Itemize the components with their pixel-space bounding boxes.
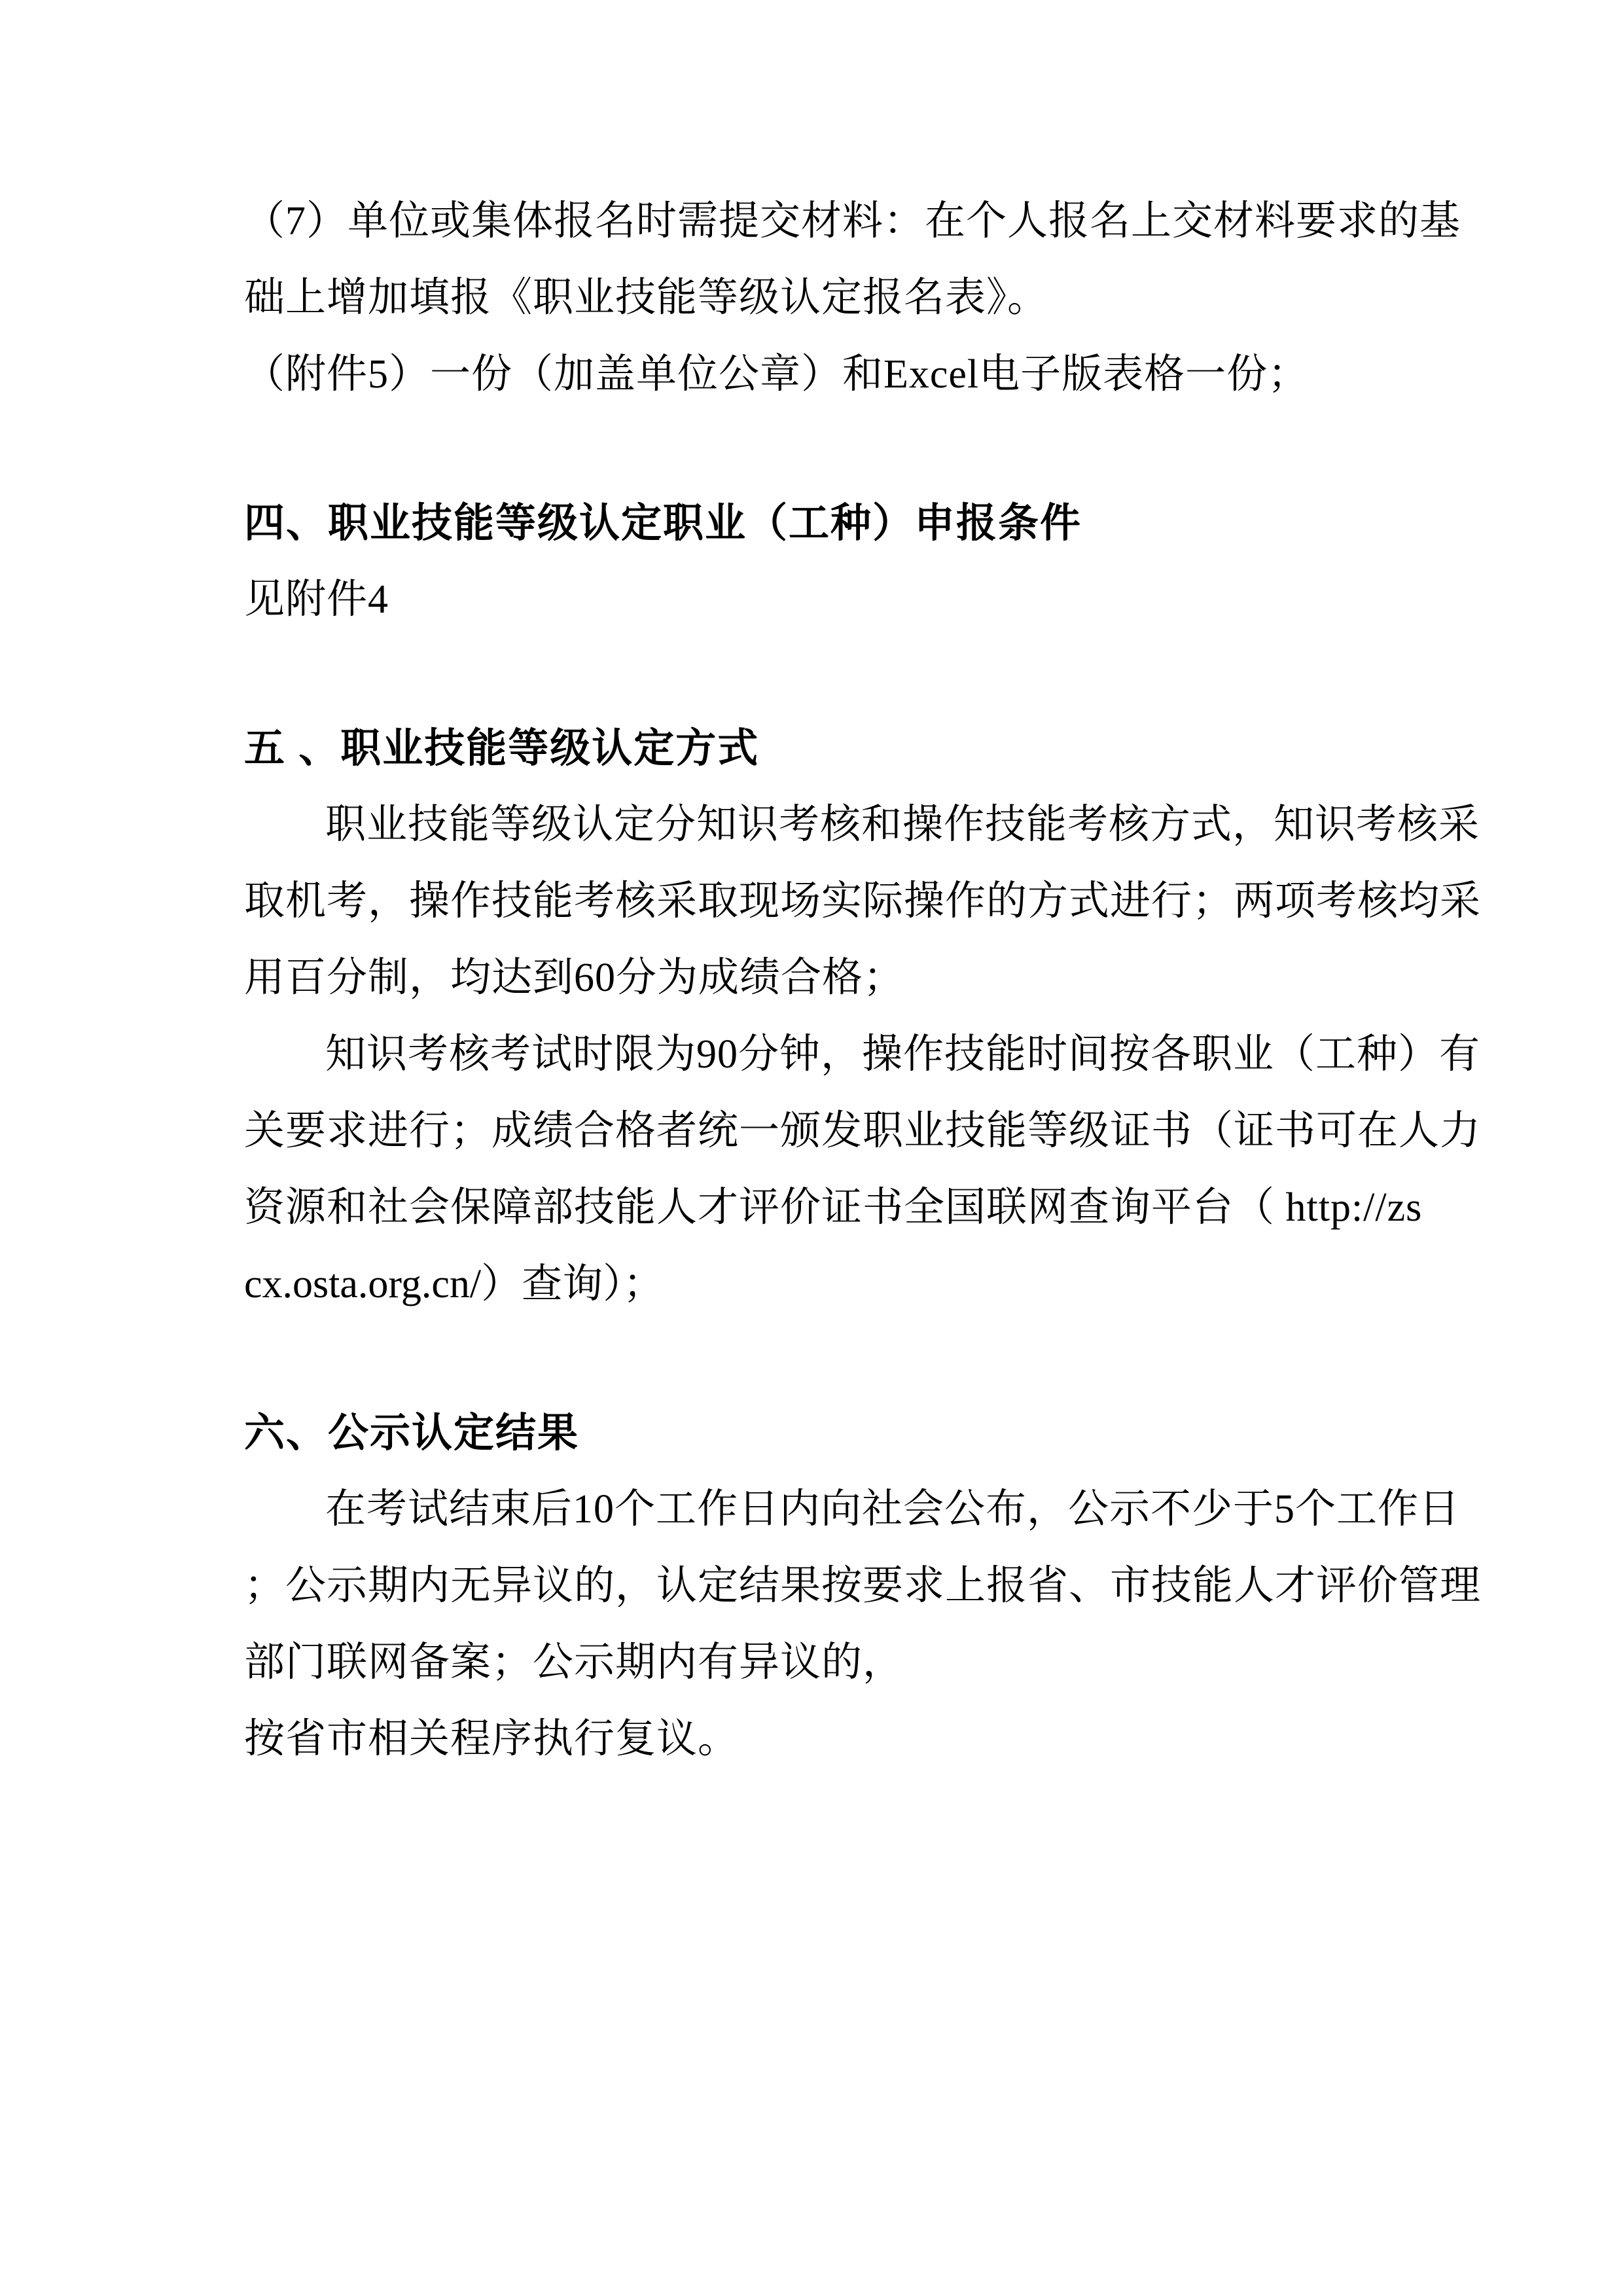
section-6-para-line-4: 按省市相关程序执行复议。 — [244, 1701, 1386, 1778]
section-5-para-2-line-2: 关要求进行；成绩合格者统一颁发职业技能等级证书（证书可在人力 — [244, 1093, 1386, 1170]
paragraph-7-line-3: （附件5）一份（加盖单位公章）和Excel电子版表格一份； — [244, 336, 1386, 413]
section-6-para-line-2: ；公示期内无异议的，认定结果按要求上报省、市技能人才评价管理 — [244, 1548, 1386, 1624]
section-4-body-line: 见附件4 — [244, 562, 1386, 638]
section-heading-4: 四、职业技能等级认定职业（工种）申报条件 — [244, 485, 1386, 562]
document-body: （7）单位或集体报名时需提交材料：在个人报名上交材料要求的基 础上增加填报《职业… — [244, 183, 1386, 1778]
paragraph-7-line-1: （7）单位或集体报名时需提交材料：在个人报名上交材料要求的基 — [244, 183, 1386, 260]
section-5-para-2-line-1: 知识考核考试时限为90分钟，操作技能时间按各职业（工种）有 — [244, 1016, 1386, 1093]
section-5-para-1-line-2: 取机考，操作技能考核采取现场实际操作的方式进行；两项考核均采 — [244, 863, 1386, 940]
document-page: （7）单位或集体报名时需提交材料：在个人报名上交材料要求的基 础上增加填报《职业… — [0, 0, 1623, 2296]
section-6-para-line-3: 部门联网备案；公示期内有异议的， — [244, 1624, 1386, 1701]
section-6-para-line-1: 在考试结束后10个工作日内向社会公布，公示不少于5个工作日 — [244, 1471, 1386, 1548]
section-5-para-2-line-4: cx.osta.org.cn/）查询）； — [244, 1246, 1386, 1323]
section-5-para-2-line-3: 资源和社会保障部技能人才评价证书全国联网查询平台（ http://zs — [244, 1170, 1386, 1246]
section-heading-6: 六、公示认定结果 — [244, 1395, 1386, 1471]
paragraph-7-line-2: 础上增加填报《职业技能等级认定报名表》。 — [244, 260, 1386, 336]
section-5-para-1-line-1: 职业技能等级认定分知识考核和操作技能考核方式，知识考核采 — [244, 787, 1386, 863]
section-heading-5: 五 、职业技能等级认定方式 — [244, 710, 1386, 787]
section-5-para-1-line-3: 用百分制，均达到60分为成绩合格； — [244, 940, 1386, 1016]
